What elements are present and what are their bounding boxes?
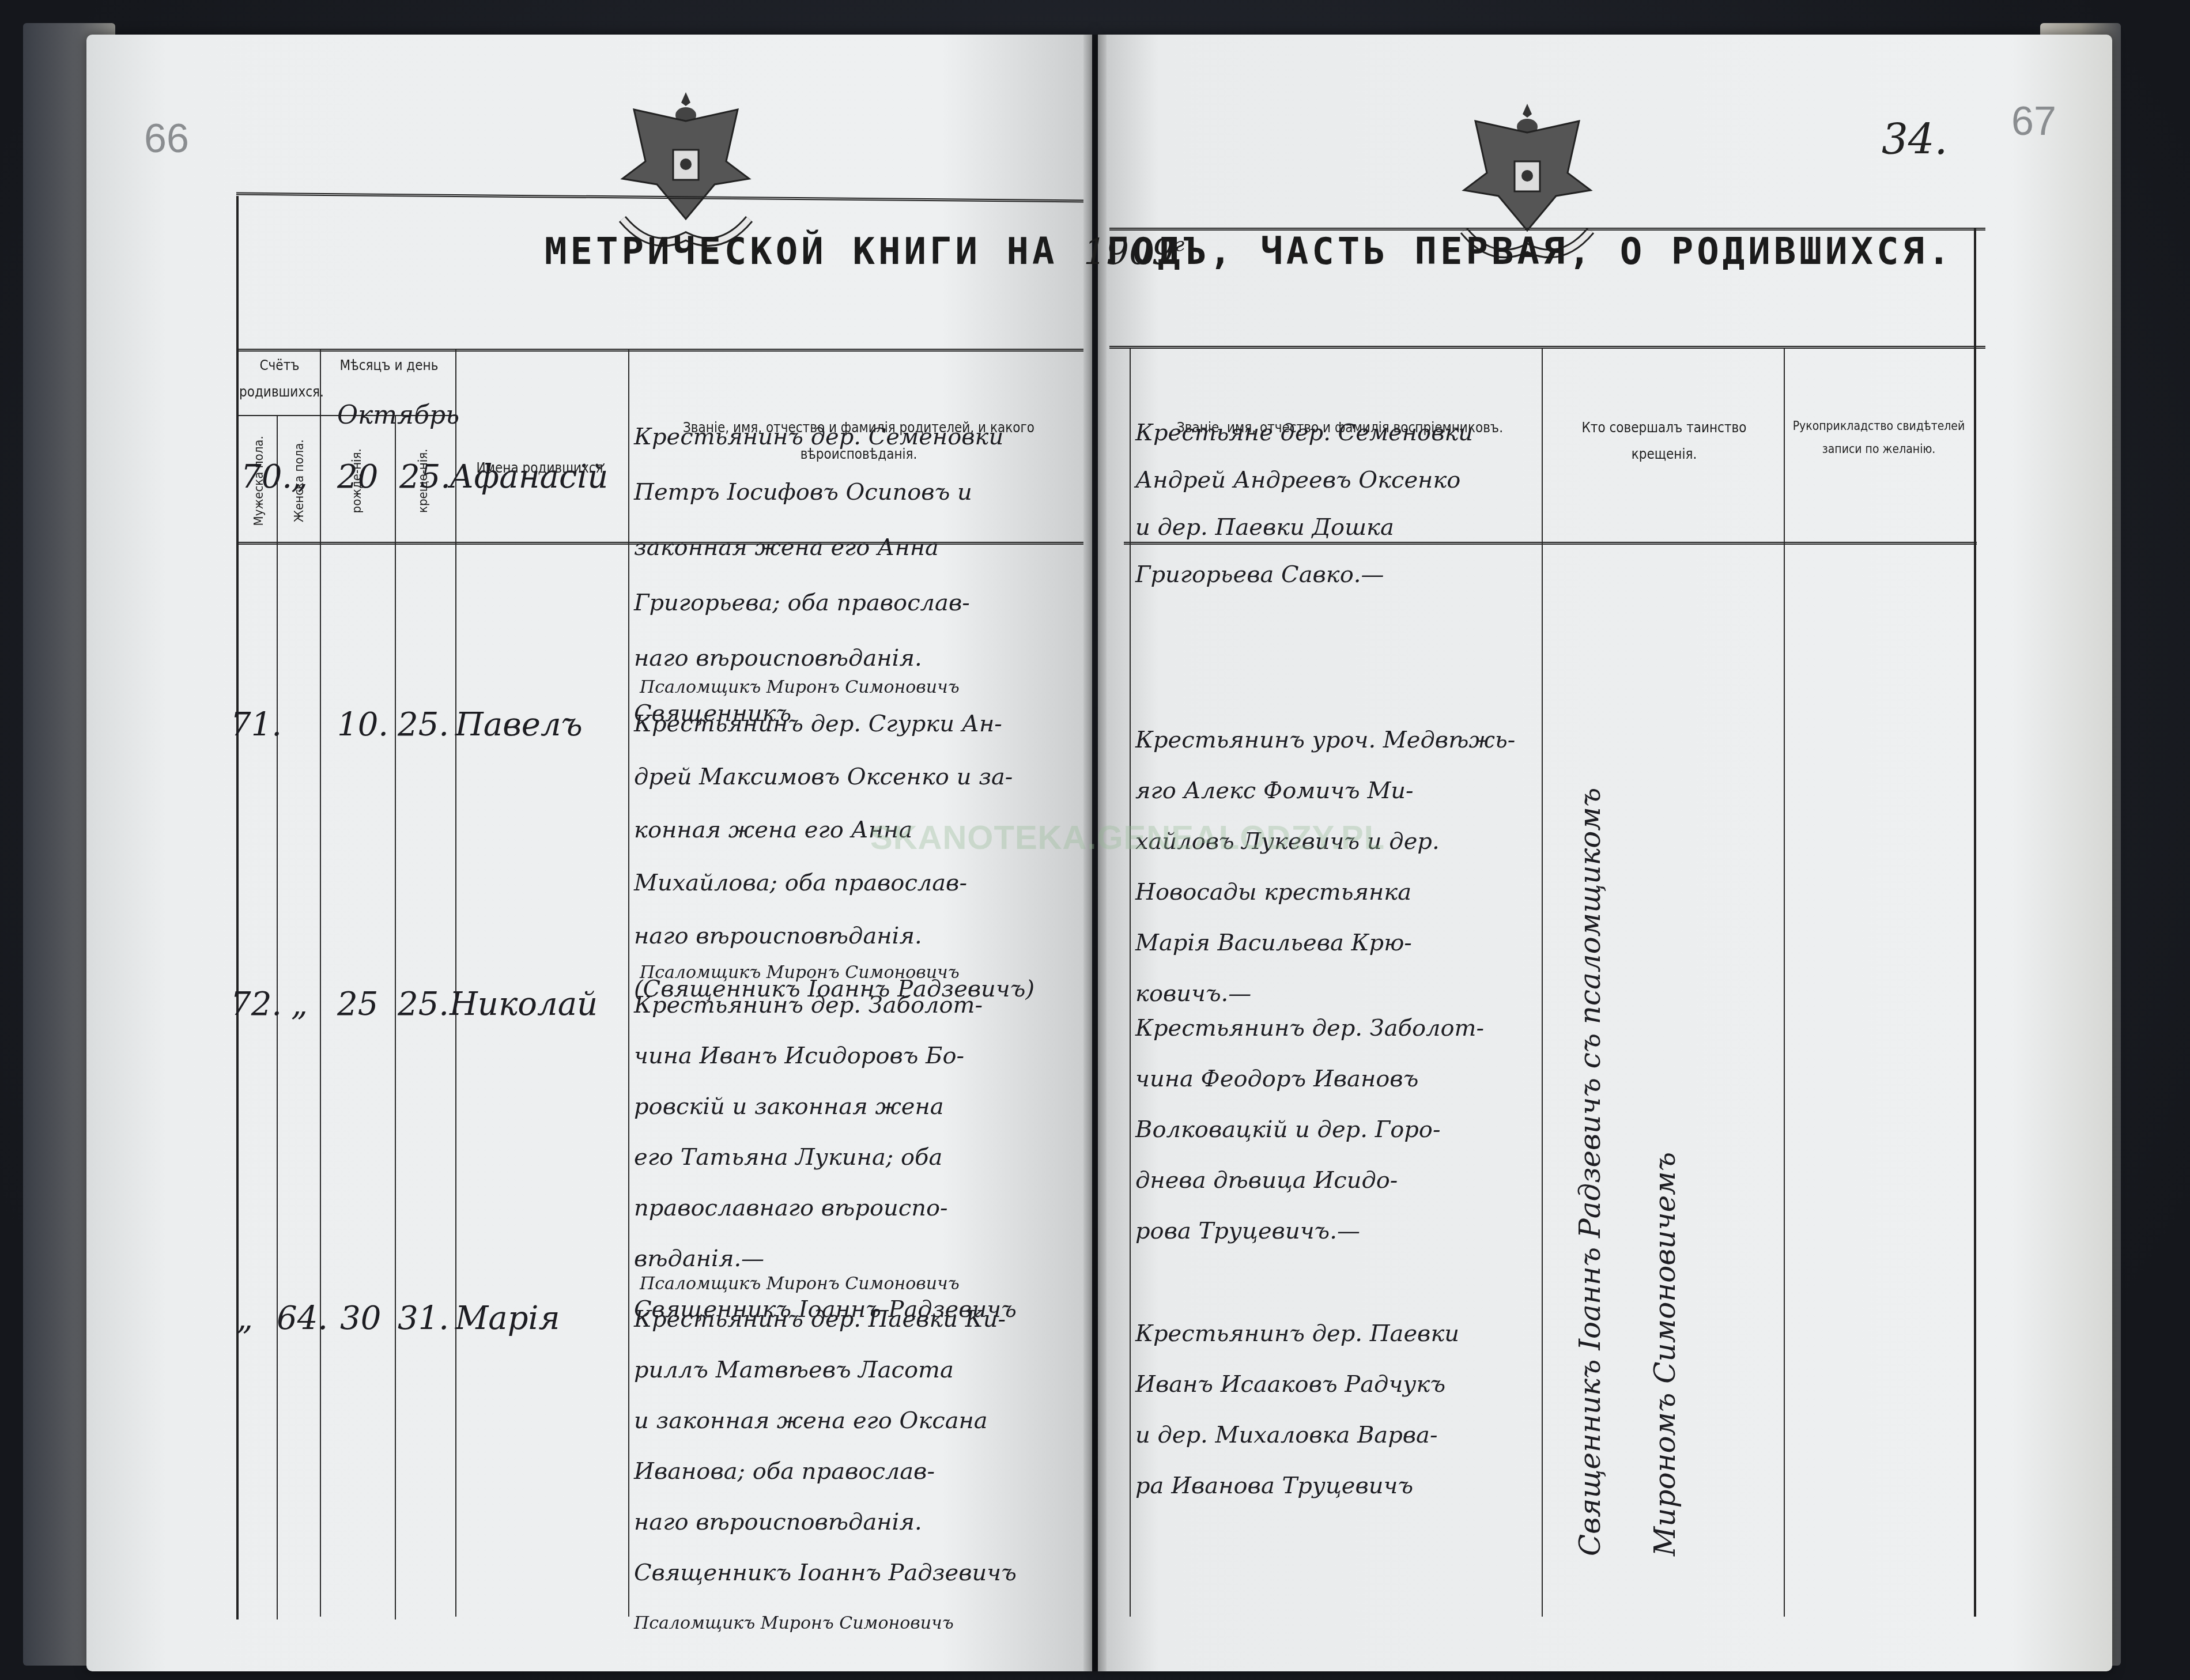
- entry-64-parents-line: наго вѣроисповѣданія.: [634, 1497, 1017, 1547]
- entry-72-parents-line: его Татьяна Лукина; оба: [634, 1132, 1017, 1183]
- entry-72-godparents-line: днева дѣвица Исидо-: [1135, 1155, 1484, 1206]
- month-heading: Октябрь: [337, 401, 459, 430]
- entry-71-name: Павелъ: [455, 706, 583, 743]
- entry-71-godparents-line: Крестьянинъ уроч. Медвѣжь-: [1135, 715, 1515, 765]
- entry-71-parents-line: Михайлова; оба православ-: [634, 856, 1034, 909]
- entry-70-parents-line: Петръ Іосифовъ Осиповъ и: [634, 465, 1003, 520]
- entry-64-male-no: „: [236, 1300, 253, 1337]
- entry-72-name: Николай: [450, 986, 598, 1023]
- entry-70-godparents-line: и дер. Паевки Дошка: [1135, 504, 1473, 551]
- entry-70-baptism-day: 25.: [399, 458, 451, 496]
- entry-72-godparents: Крестьянинъ дер. Заболот- чина Феодоръ И…: [1135, 1003, 1484, 1256]
- header-officiant: Кто совершалъ таинство крещенія.: [1547, 415, 1781, 467]
- entry-72-female-no: „: [291, 986, 308, 1023]
- entry-70-godparents: Крестьяне дер. Семеновки Андрей Андреевъ…: [1135, 409, 1473, 598]
- entry-64-godparents-line: ра Иванова Труцевичъ: [1135, 1460, 1459, 1511]
- entry-64-female-no: 64.: [277, 1300, 328, 1337]
- col-border-outer-left: [236, 196, 239, 1619]
- watermark: SKANOTEKA.GENEALODZY.PL: [870, 818, 1385, 857]
- entry-64-godparents-line: Крестьянинъ дер. Паевки: [1135, 1308, 1459, 1359]
- entry-64-baptism-day: 31.: [398, 1300, 449, 1337]
- entry-72-baptism-day: 25.: [398, 986, 449, 1023]
- entry-64-parents-line: Псаломщикъ Миронъ Симоновичъ: [634, 1598, 1017, 1649]
- col-border-birth-baptism: [395, 415, 396, 1619]
- officiant-line-2: Мирономъ Симоновичемъ: [1648, 1152, 1682, 1556]
- entry-64-note: Псаломщикъ Миронъ Симоновичъ: [640, 1274, 960, 1294]
- entry-64-godparents-line: и дер. Михаловка Варва-: [1135, 1410, 1459, 1460]
- entry-71-parents-line: наго вѣроисповѣданія.: [634, 909, 1034, 962]
- header-date-group: Мѣсяцъ и день: [323, 353, 455, 379]
- entry-71-birth-day: 10.: [337, 706, 388, 743]
- entry-64-name: Марія: [455, 1300, 560, 1337]
- entry-71-parents-line: дрей Максимовъ Оксенко и за-: [634, 750, 1034, 803]
- entry-71-male-no: 71.: [231, 706, 282, 743]
- register-title-right: ГОДЪ, ЧАСТЬ ПЕРВАЯ, О РОДИВШИХСЯ.: [1107, 231, 1954, 273]
- entry-72-godparents-line: Крестьянинъ дер. Заболот-: [1135, 1003, 1484, 1054]
- entry-71-note: Псаломщикъ Миронъ Симоновичъ: [640, 677, 960, 697]
- entry-64-birth-day: 30: [340, 1300, 381, 1337]
- page-number-left: 66: [144, 115, 189, 161]
- folio-number: 34.: [1882, 115, 1948, 164]
- header-count-group: Счётъ родившихся.: [239, 353, 320, 405]
- col-border-date-names: [455, 349, 456, 1617]
- entry-71-godparents-line: яго Алекс Фомичъ Ми-: [1135, 765, 1515, 816]
- header-top-rule-right: [1109, 346, 1985, 349]
- entry-71-godparents-line: Новосады крестьянка: [1135, 867, 1515, 918]
- entry-72-parents-line: чина Иванъ Исидоровъ Бо-: [634, 1030, 1017, 1081]
- frame-top-rule-right: [1109, 228, 1985, 231]
- entry-71-parents-line: Крестьянинъ дер. Сгурки Ан-: [634, 697, 1034, 750]
- col-border-officiant-witness: [1784, 349, 1785, 1617]
- entry-71-godparents: Крестьянинъ уроч. Медвѣжь- яго Алекс Фом…: [1135, 715, 1515, 1019]
- entry-70-birth-day: 20: [337, 458, 378, 496]
- entry-72-parents-line: ровскій и законная жена: [634, 1081, 1017, 1132]
- page-number-right: 67: [2011, 98, 2056, 144]
- entry-70-parents-line: Григорьева; оба православ-: [634, 575, 1003, 631]
- col-border-outer-right: [1974, 228, 1976, 1617]
- title-left-text: МЕТРИЧЕСКОЙ КНИГИ НА: [545, 231, 1058, 273]
- entry-70-parents-line: законная жена его Анна: [634, 520, 1003, 575]
- entry-64-parents-line: Крестьянинъ дер. Паевки Ки-: [634, 1294, 1017, 1345]
- entry-72-birth-day: 25: [337, 986, 378, 1023]
- entry-72-male-no: 72.: [231, 986, 282, 1023]
- header-witness-signatures: Рукоприкладство свидѣтелей записи по жел…: [1787, 415, 1971, 461]
- entry-64-godparents-line: Иванъ Исааковъ Радчукъ: [1135, 1359, 1459, 1410]
- entry-70-female-no: „: [291, 458, 308, 496]
- col-border-godparents-officiant: [1542, 349, 1543, 1617]
- col-border-count-date: [320, 349, 321, 1617]
- entry-71-baptism-day: 25.: [398, 706, 449, 743]
- entry-64-godparents: Крестьянинъ дер. Паевки Иванъ Исааковъ Р…: [1135, 1308, 1459, 1511]
- entry-64-parents-line: и законная жена его Оксана: [634, 1395, 1017, 1446]
- entry-64-parents: Крестьянинъ дер. Паевки Ки- риллъ Матвѣе…: [634, 1294, 1017, 1649]
- entry-70-name: Афанасій: [450, 458, 608, 496]
- entry-72-parents-line: Крестьянинъ дер. Заболот-: [634, 980, 1017, 1030]
- entry-70-male-no: 70.: [241, 458, 292, 496]
- entry-64-parents-line: Священникъ Іоаннъ Радзевичъ: [634, 1547, 1017, 1598]
- entry-72-godparents-line: чина Феодоръ Ивановъ: [1135, 1054, 1484, 1104]
- entry-64-parents-line: риллъ Матвѣевъ Ласота: [634, 1345, 1017, 1395]
- register-title-left: МЕТРИЧЕСКОЙ КНИГИ НА 1909г: [545, 231, 1184, 273]
- entry-70-godparents-line: Андрей Андреевъ Оксенко: [1135, 456, 1473, 504]
- entry-71-godparents-line: Марія Васильева Крю-: [1135, 918, 1515, 968]
- col-border-godparents-left: [1130, 349, 1131, 1617]
- entry-72-godparents-line: рова Труцевичъ.—: [1135, 1206, 1484, 1256]
- entry-70-godparents-line: Крестьяне дер. Семеновки: [1135, 409, 1473, 456]
- entry-70-godparents-line: Григорьева Савко.—: [1135, 551, 1473, 598]
- col-border-names-parents: [628, 349, 629, 1617]
- entry-64-parents-line: Иванова; оба православ-: [634, 1446, 1017, 1497]
- header-top-rule-left: [236, 349, 1083, 352]
- entry-70-parents-line: Крестьянинъ дер. Семеновки: [634, 409, 1003, 465]
- officiant-line-1: Священникъ Іоаннъ Радзевичъ съ псаломщик…: [1573, 788, 1607, 1556]
- entry-72-parents-line: православнаго вѣроиспо-: [634, 1183, 1017, 1233]
- entry-72-godparents-line: Волковацкій и дер. Горо-: [1135, 1104, 1484, 1155]
